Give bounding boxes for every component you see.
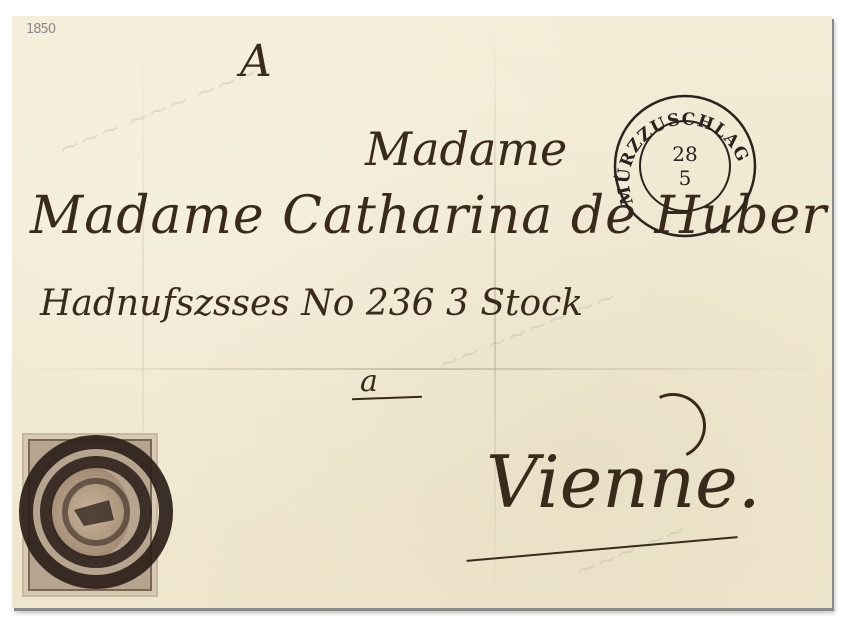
address-prefix: A xyxy=(240,36,272,87)
address-city: Vienne. xyxy=(486,440,761,524)
postmark-day: 28 xyxy=(672,142,697,166)
pencil-year-note: 1850 xyxy=(26,22,55,37)
postmark-month: 5 xyxy=(679,166,692,190)
postmark: MÜRZZUSCHLAG 28 5 xyxy=(612,93,758,239)
address-street: Hadnufszsses No 236 3 Stock xyxy=(40,283,583,324)
fold-line xyxy=(12,368,832,370)
show-through-writing: ~~~ ~~~ ~~~ xyxy=(54,57,262,164)
address-salutation: Madame xyxy=(365,122,567,176)
stamp-cancellation xyxy=(14,430,178,594)
address-via: a xyxy=(360,364,378,399)
